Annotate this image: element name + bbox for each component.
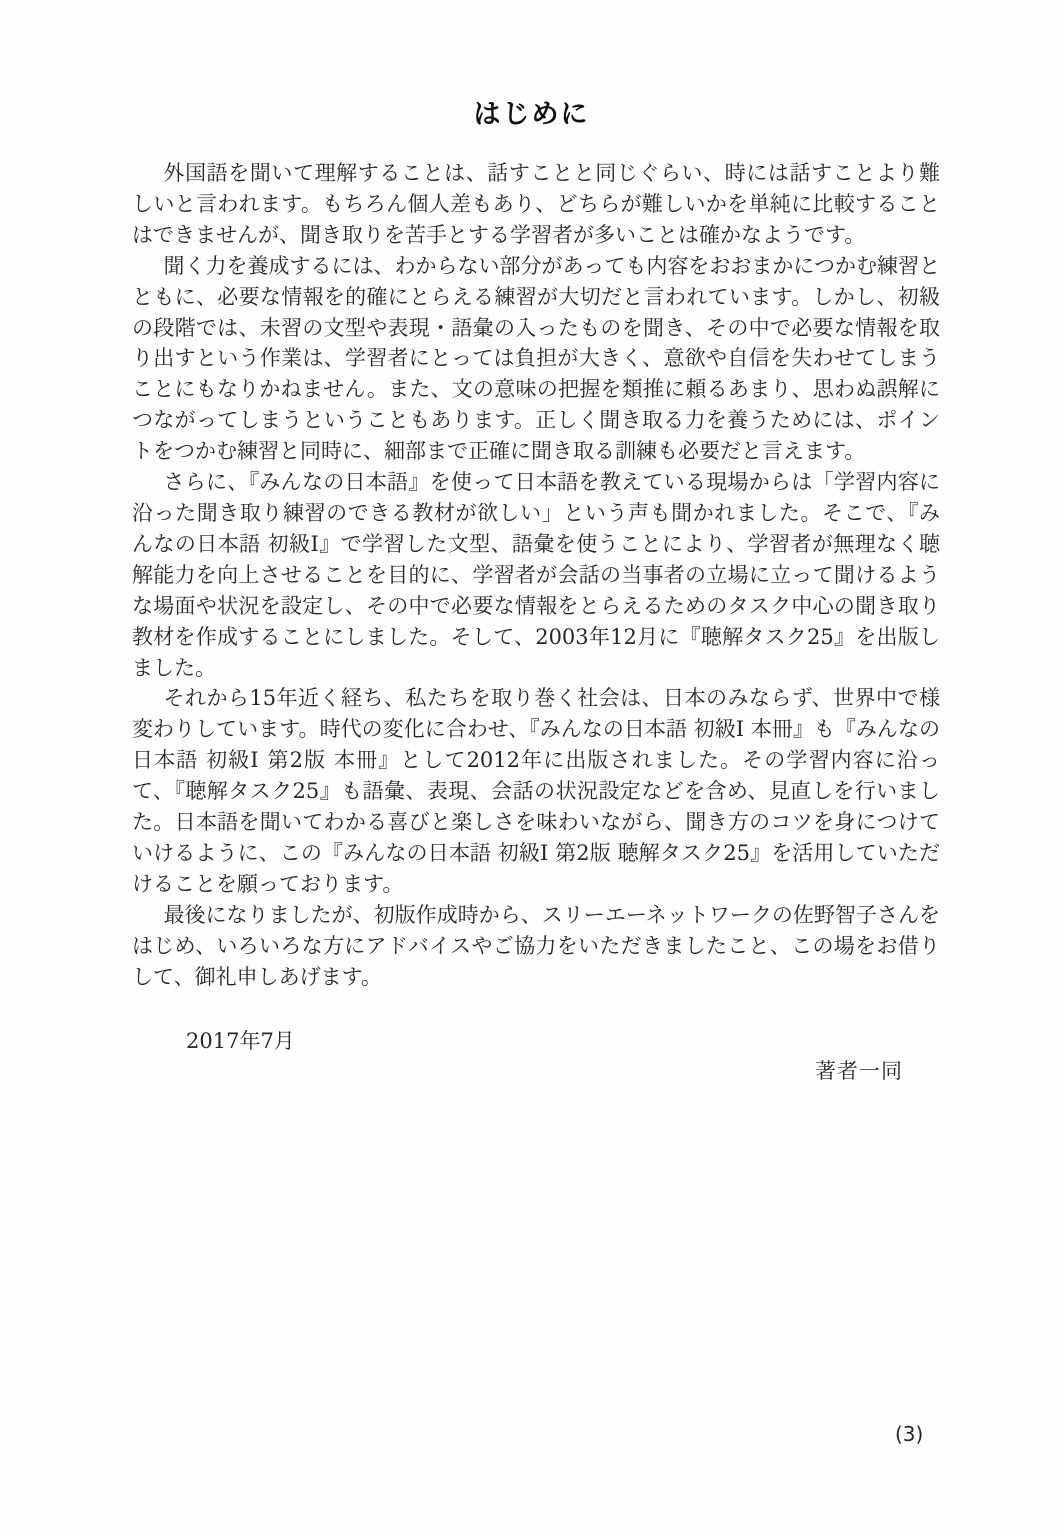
page-title: はじめに [0, 92, 1063, 131]
paragraph: 外国語を聞いて理解することは、話すことと同じぐらい、時には話すことより難しいと言… [132, 158, 940, 251]
paragraph: それから15年近く経ち、私たちを取り巻く社会は、日本のみならず、世界中で様変わり… [132, 683, 940, 899]
date-line: 2017年7月 [186, 1026, 295, 1056]
paragraph: 聞く力を養成するには、わからない部分があっても内容をおおまかにつかむ練習とともに… [132, 251, 940, 467]
page-number: (3) [895, 1422, 923, 1446]
paragraph: 最後になりましたが、初版作成時から、スリーエーネットワークの佐野智子さんをはじめ… [132, 900, 940, 993]
scanned-book-page: はじめに 外国語を聞いて理解することは、話すことと同じぐらい、時には話すことより… [0, 0, 1063, 1536]
paragraph: さらに、『みんなの日本語』を使って日本語を教えている現場からは「学習内容に沿った… [132, 467, 940, 683]
signature: 著者一同 [815, 1056, 903, 1086]
preface-body: 外国語を聞いて理解することは、話すことと同じぐらい、時には話すことより難しいと言… [132, 158, 940, 992]
